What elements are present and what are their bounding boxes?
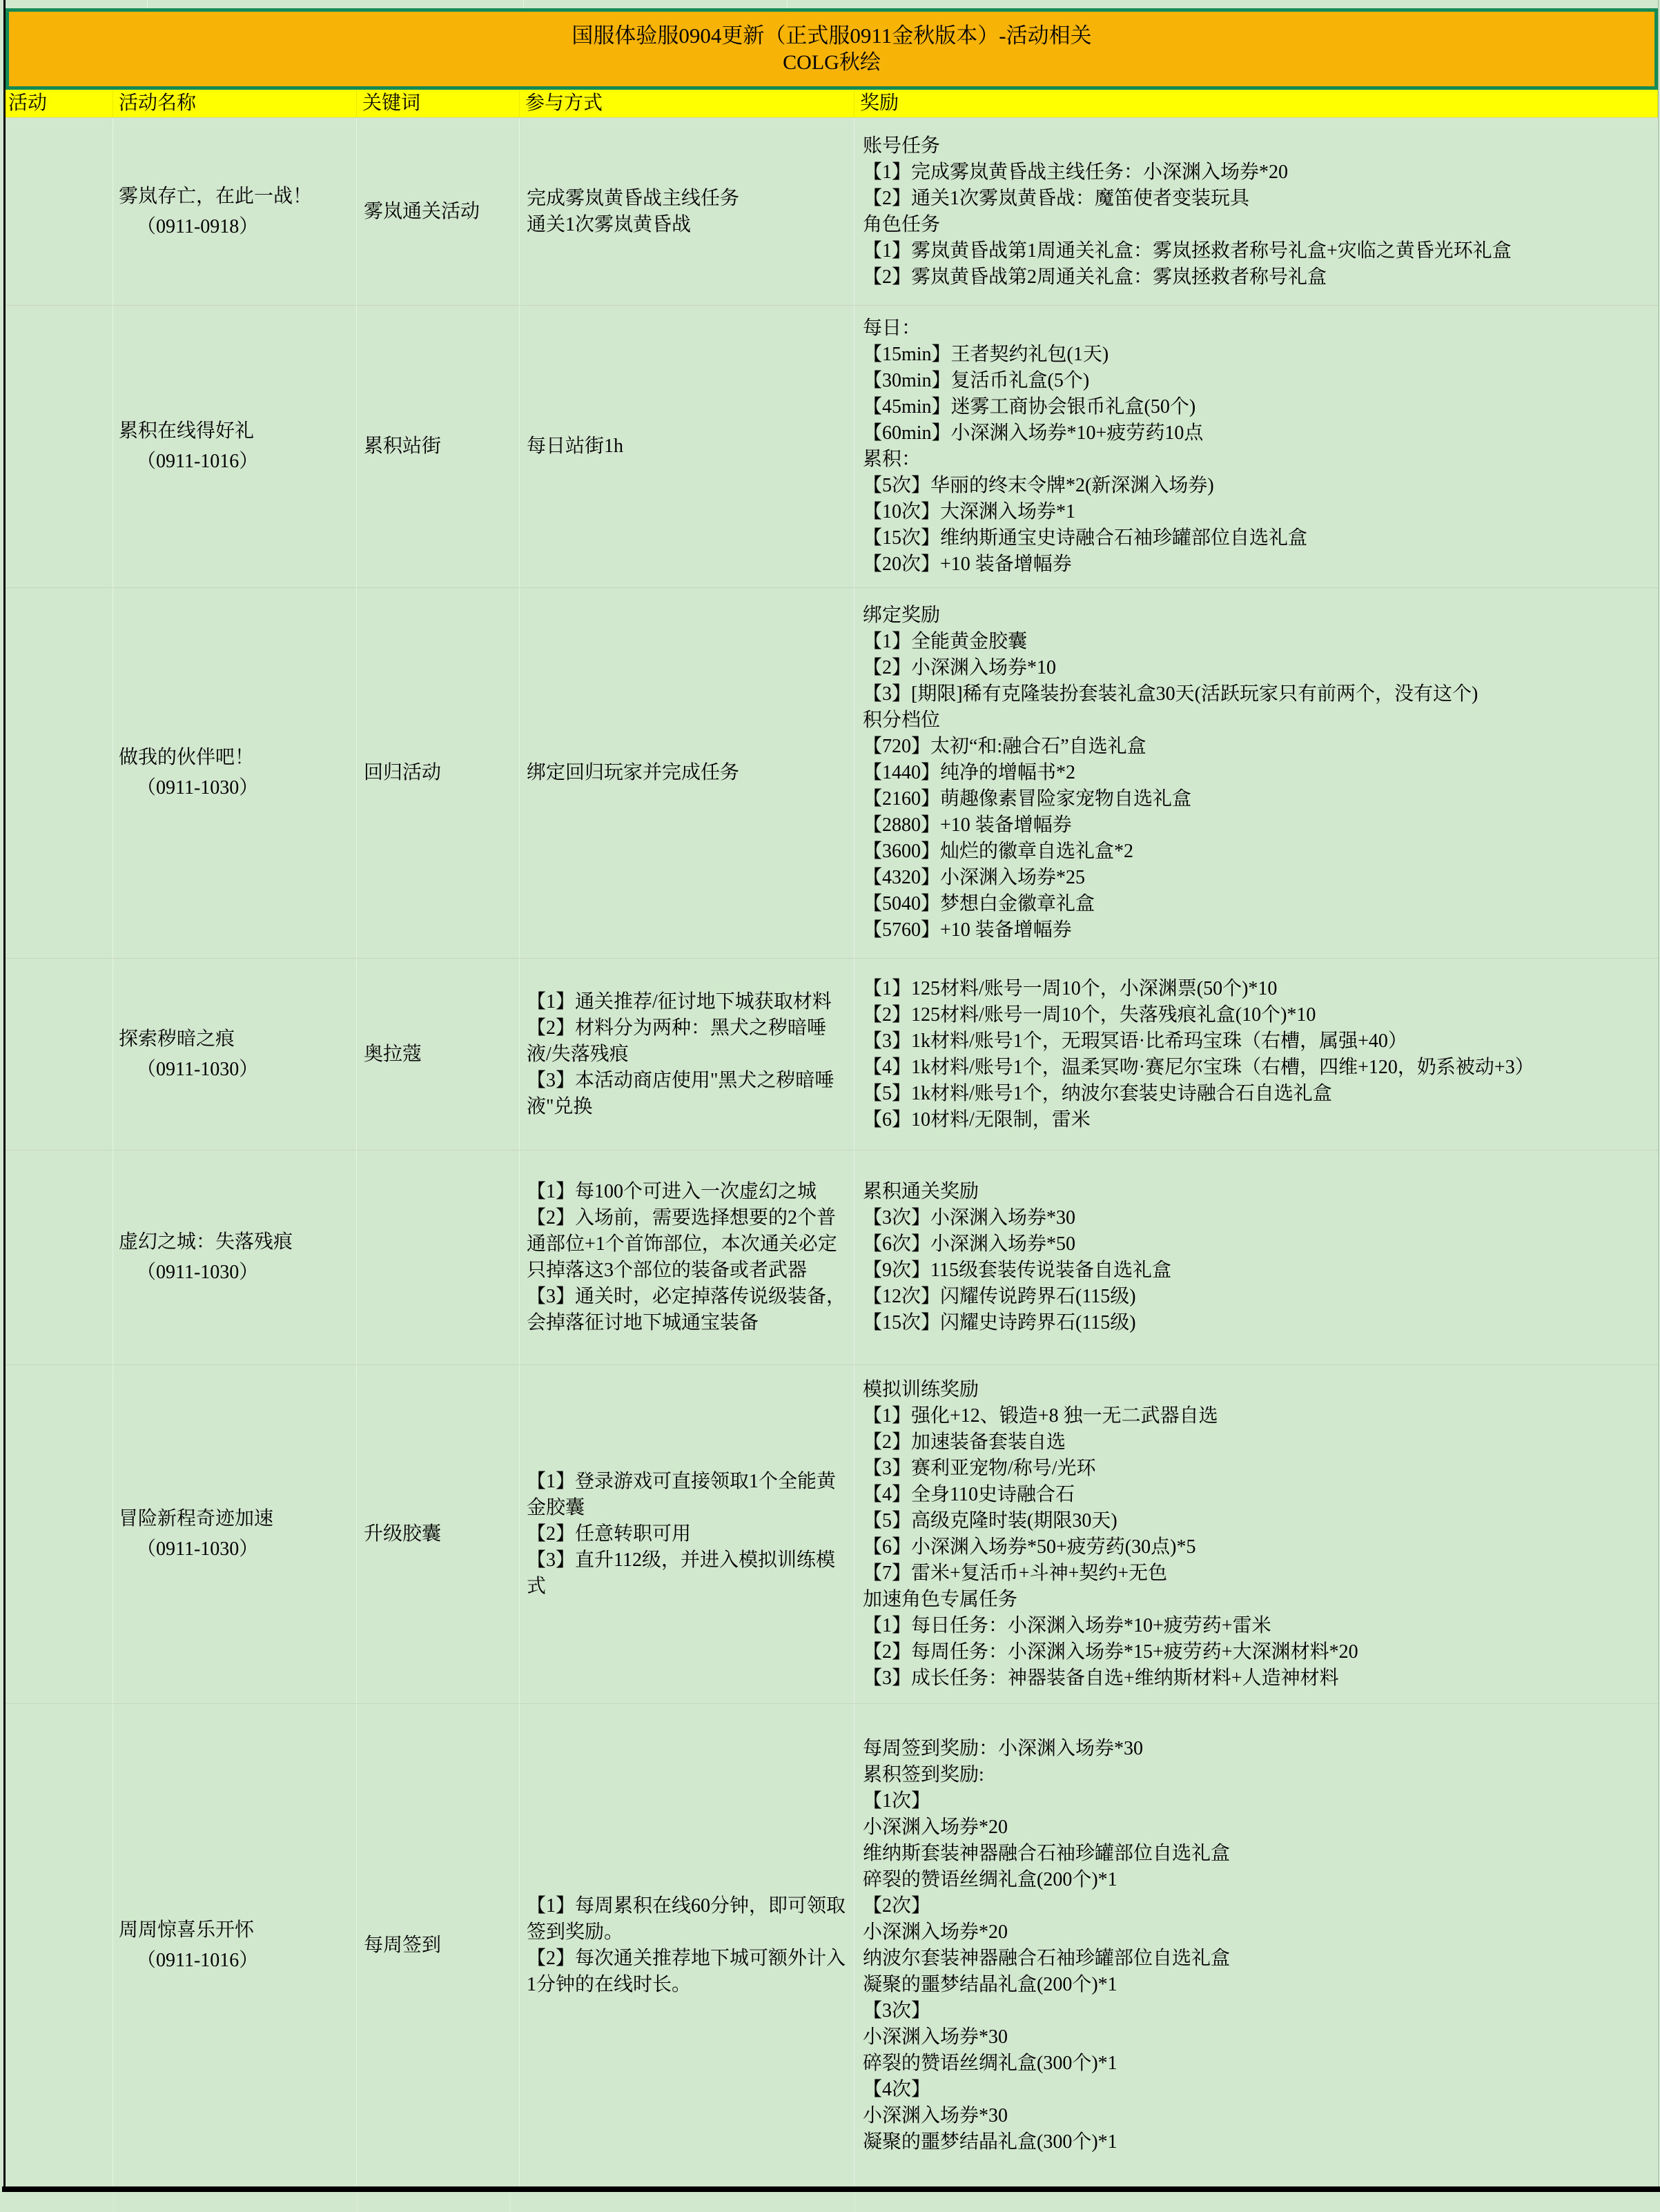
- reward-line: 累积签到奖励:: [863, 1762, 1650, 1788]
- reward-line: 【3】赛利亚宠物/称号/光环: [863, 1456, 1650, 1482]
- activity-name: 虚幻之城：失落残痕: [119, 1227, 356, 1257]
- banner-title: 国服体验服0904更新（正式服0911金秋版本）-活动相关: [572, 22, 1091, 50]
- keyword: 累积站街: [364, 433, 519, 460]
- reward-line: 【15次】维纳斯通宝史诗融合石袖珍罐部位自选礼盒: [863, 525, 1650, 551]
- participation-line: 【3】本活动商店使用"黑犬之秽暗唾液"兑换: [527, 1068, 848, 1120]
- table-row: 做我的伙伴吧！ （0911-1030） 回归活动 绑定回归玩家并完成任务 绑定奖…: [6, 587, 1658, 958]
- reward-line: 每周签到奖励：小深渊入场券*30: [863, 1736, 1650, 1762]
- reward-line: 【9次】115级套装传说装备自选礼盒: [863, 1257, 1650, 1284]
- column-divider: [113, 2192, 114, 2212]
- header-row: 活动 活动名称 关键词 参与方式 奖励: [6, 90, 1658, 117]
- participation-line: 【1】登录游戏可直接领取1个全能黄金胶囊: [527, 1469, 848, 1521]
- cell-participation: 【1】每周累积在线60分钟，即可领取签到奖励。【2】每次通关推荐地下城可额外计入…: [520, 1704, 855, 2186]
- participation-line: 【1】每100个可进入一次虚幻之城: [527, 1179, 848, 1205]
- activity-table: 国服体验服0904更新（正式服0911金秋版本）-活动相关 COLG秋绘 活动 …: [3, 0, 1659, 2212]
- cell-keyword: 升级胶囊: [357, 1365, 520, 1703]
- reward-line: 小深渊入场券*30: [863, 2103, 1650, 2129]
- reward-line: 积分档位: [863, 707, 1650, 734]
- reward-line: 小深渊入场券*30: [863, 2024, 1650, 2050]
- reward-line: 模拟训练奖励: [863, 1377, 1650, 1403]
- column-divider: [787, 0, 788, 8]
- reward-line: 账号任务: [863, 133, 1650, 159]
- reward-line: 【20次】+10 装备增幅券: [863, 551, 1650, 578]
- activity-date: （0911-1016）: [119, 447, 356, 477]
- reward-line: 【2】每周任务：小深渊入场券*15+疲劳药+大深渊材料*20: [863, 1639, 1650, 1665]
- reward-line: 【2】加速装备套装自选: [863, 1429, 1650, 1456]
- table-row: 雾岚存亡，在此一战！ （0911-0918） 雾岚通关活动 完成雾岚黄昏战主线任…: [6, 117, 1658, 305]
- reward-line: 【1】全能黄金胶囊: [863, 629, 1650, 655]
- activity-date: （0911-1030）: [119, 1055, 356, 1085]
- cell-rewards: 模拟训练奖励【1】强化+12、锻造+8 独一无二武器自选【2】加速装备套装自选【…: [855, 1365, 1658, 1703]
- activity-date: （0911-1030）: [119, 1257, 356, 1288]
- reward-line: 【3】1k材料/账号1个，无瑕冥语·比希玛宝珠（右槽，属强+40）: [863, 1028, 1650, 1055]
- activity-name: 累积在线得好礼: [119, 416, 356, 447]
- reward-line: 【15min】王者契约礼包(1天): [863, 342, 1650, 368]
- cell-activity: [6, 959, 113, 1150]
- reward-line: 纳波尔套装神器融合石袖珍罐部位自选礼盒: [863, 1946, 1650, 1972]
- activity-date: （0911-1016）: [119, 1946, 356, 1976]
- participation-line: 通关1次雾岚黄昏战: [527, 212, 848, 238]
- reward-line: 凝聚的噩梦结晶礼盒(300个)*1: [863, 2129, 1650, 2155]
- cell-participation: 【1】登录游戏可直接领取1个全能黄金胶囊【2】任意转职可用【3】直升112级，并…: [520, 1365, 855, 1703]
- reward-line: 【2】小深渊入场券*10: [863, 655, 1650, 681]
- cell-rewards: 每周签到奖励：小深渊入场券*30累积签到奖励:【1次】小深渊入场券*20维纳斯套…: [855, 1704, 1658, 2186]
- cell-rewards: 【1】125材料/账号一周10个，小深渊票(50个)*10【2】125材料/账号…: [855, 959, 1658, 1150]
- cell-activity-name: 冒险新程奇迹加速 （0911-1030）: [113, 1365, 357, 1703]
- activity-name: 做我的伙伴吧！: [119, 743, 356, 773]
- cell-participation: 完成雾岚黄昏战主线任务通关1次雾岚黄昏战: [520, 118, 855, 305]
- cell-keyword: [357, 1151, 520, 1364]
- reward-line: 【4次】: [863, 2077, 1650, 2103]
- reward-line: 绑定奖励: [863, 603, 1650, 629]
- column-divider: [357, 2192, 358, 2212]
- reward-line: 【3次】: [863, 1998, 1650, 2024]
- reward-line: 小深渊入场券*20: [863, 1814, 1650, 1841]
- cell-activity: [6, 306, 113, 587]
- reward-line: 【1】完成雾岚黄昏战主线任务：小深渊入场券*20: [863, 159, 1650, 186]
- keyword: 回归活动: [364, 760, 519, 786]
- cell-keyword: 奥拉蔻: [357, 959, 520, 1150]
- header-rewards: 奖励: [855, 90, 1658, 117]
- activity-date: （0911-0918）: [119, 212, 356, 242]
- cell-participation: 【1】每100个可进入一次虚幻之城【2】入场前，需要选择想要的2个普通部位+1个…: [520, 1151, 855, 1364]
- cell-activity: [6, 1704, 113, 2186]
- participation-line: 【2】材料分为两种：黑犬之秽暗唾液/失落残痕: [527, 1015, 848, 1068]
- reward-line: 【30min】复活币礼盒(5个): [863, 368, 1650, 394]
- reward-line: 【2】125材料/账号一周10个，失落残痕礼盒(10个)*10: [863, 1002, 1650, 1028]
- reward-line: 【10次】大深渊入场券*1: [863, 499, 1650, 525]
- reward-line: 【3】成长任务：神器装备自选+维纳斯材料+人造神材料: [863, 1665, 1650, 1692]
- reward-line: 凝聚的噩梦结晶礼盒(200个)*1: [863, 1972, 1650, 1998]
- reward-line: 【6】10材料/无限制，雷米: [863, 1107, 1650, 1133]
- keyword: 奥拉蔻: [364, 1041, 519, 1068]
- reward-line: 【4】1k材料/账号1个，温柔冥吻·赛尼尔宝珠（右槽，四维+120，奶系被动+3…: [863, 1055, 1650, 1081]
- activity-date: （0911-1030）: [119, 773, 356, 803]
- cell-activity: [6, 118, 113, 305]
- participation-line: 完成雾岚黄昏战主线任务: [527, 186, 848, 212]
- cell-activity-name: 做我的伙伴吧！ （0911-1030）: [113, 588, 357, 958]
- reward-line: 【5760】+10 装备增幅券: [863, 917, 1650, 943]
- table-row: 冒险新程奇迹加速 （0911-1030） 升级胶囊 【1】登录游戏可直接领取1个…: [6, 1364, 1658, 1703]
- reward-line: 【2】通关1次雾岚黄昏战：魔笛使者变装玩具: [863, 186, 1650, 212]
- activity-name: 周周惊喜乐开怀: [119, 1915, 356, 1946]
- participation-line: 绑定回归玩家并完成任务: [527, 760, 848, 786]
- column-divider: [147, 0, 148, 8]
- header-keyword: 关键词: [357, 90, 520, 117]
- reward-line: 【2次】: [863, 1893, 1650, 1919]
- cell-activity-name: 周周惊喜乐开怀 （0911-1016）: [113, 1704, 357, 2186]
- column-divider: [510, 2192, 511, 2212]
- banner-subtitle: COLG秋绘: [783, 50, 881, 76]
- header-activity-name: 活动名称: [113, 90, 357, 117]
- cell-activity-name: 雾岚存亡，在此一战！ （0911-0918）: [113, 118, 357, 305]
- column-divider: [855, 2192, 855, 2212]
- reward-line: 累积：: [863, 447, 1650, 473]
- reward-line: 【6次】小深渊入场券*50: [863, 1231, 1650, 1257]
- reward-line: 【4】全身110史诗融合石: [863, 1482, 1650, 1508]
- participation-line: 每日站街1h: [527, 433, 848, 460]
- reward-line: 【1440】纯净的增幅书*2: [863, 760, 1650, 786]
- reward-line: 加速角色专属任务: [863, 1587, 1650, 1613]
- cell-participation: 绑定回归玩家并完成任务: [520, 588, 855, 958]
- bottom-partial-row: [2, 2192, 1660, 2212]
- reward-line: 【2】雾岚黄昏战第2周通关礼盒：雾岚拯救者称号礼盒: [863, 264, 1650, 291]
- reward-line: 【60min】小深渊入场券*10+疲劳药10点: [863, 420, 1650, 447]
- activity-date: （0911-1030）: [119, 1534, 356, 1565]
- reward-line: 碎裂的赞语丝绸礼盒(200个)*1: [863, 1867, 1650, 1893]
- reward-line: 小深渊入场券*20: [863, 1919, 1650, 1946]
- reward-line: 角色任务: [863, 212, 1650, 238]
- cell-participation: 【1】通关推荐/征讨地下城获取材料【2】材料分为两种：黑犬之秽暗唾液/失落残痕【…: [520, 959, 855, 1150]
- reward-line: 【3次】小深渊入场券*30: [863, 1205, 1650, 1231]
- reward-line: 【7】雷米+复活币+斗神+契约+无色: [863, 1560, 1650, 1587]
- activity-name: 探索秽暗之痕: [119, 1024, 356, 1055]
- top-partial-row: [6, 0, 1658, 8]
- reward-line: 【5】1k材料/账号1个，纳波尔套装史诗融合石自选礼盒: [863, 1081, 1650, 1107]
- cell-activity-name: 探索秽暗之痕 （0911-1030）: [113, 959, 357, 1150]
- keyword: 雾岚通关活动: [364, 199, 519, 225]
- cell-activity-name: 累积在线得好礼 （0911-1016）: [113, 306, 357, 587]
- reward-line: 【45min】迷雾工商协会银币礼盒(50个): [863, 394, 1650, 420]
- cell-rewards: 每日：【15min】王者契约礼包(1天)【30min】复活币礼盒(5个)【45m…: [855, 306, 1658, 587]
- reward-line: 【15次】闪耀史诗跨界石(115级): [863, 1310, 1650, 1336]
- cell-activity-name: 虚幻之城：失落残痕 （0911-1030）: [113, 1151, 357, 1364]
- title-banner: 国服体验服0904更新（正式服0911金秋版本）-活动相关 COLG秋绘: [6, 8, 1658, 90]
- cell-keyword: 每周签到: [357, 1704, 520, 2186]
- reward-line: 每日：: [863, 315, 1650, 342]
- reward-line: 【5次】华丽的终末令牌*2(新深渊入场券): [863, 473, 1650, 499]
- keyword: 升级胶囊: [364, 1521, 519, 1547]
- activity-name: 雾岚存亡，在此一战！: [119, 182, 356, 212]
- bottom-thick-border: [2, 2186, 1660, 2192]
- participation-line: 【2】任意转职可用: [527, 1521, 848, 1547]
- reward-line: 【12次】闪耀传说跨界石(115级): [863, 1284, 1650, 1310]
- cell-keyword: 累积站街: [357, 306, 520, 587]
- reward-line: 【5040】梦想白金徽章礼盒: [863, 891, 1650, 917]
- cell-participation: 每日站街1h: [520, 306, 855, 587]
- cell-rewards: 账号任务【1】完成雾岚黄昏战主线任务：小深渊入场券*20【2】通关1次雾岚黄昏战…: [855, 118, 1658, 305]
- cell-activity: [6, 588, 113, 958]
- reward-line: 碎裂的赞语丝绸礼盒(300个)*1: [863, 2050, 1650, 2077]
- reward-line: 累积通关奖励: [863, 1179, 1650, 1205]
- cell-rewards: 绑定奖励【1】全能黄金胶囊【2】小深渊入场券*10【3】[期限]稀有克隆装扮套装…: [855, 588, 1658, 958]
- cell-rewards: 累积通关奖励【3次】小深渊入场券*30【6次】小深渊入场券*50【9次】115级…: [855, 1151, 1658, 1364]
- reward-line: 【4320】小深渊入场券*25: [863, 865, 1650, 891]
- table-row: 探索秽暗之痕 （0911-1030） 奥拉蔻 【1】通关推荐/征讨地下城获取材料…: [6, 958, 1658, 1150]
- keyword: 每周签到: [364, 1932, 519, 1959]
- participation-line: 【1】每周累积在线60分钟，即可领取签到奖励。: [527, 1893, 848, 1946]
- cell-activity: [6, 1365, 113, 1703]
- cell-activity: [6, 1151, 113, 1364]
- participation-line: 【2】入场前，需要选择想要的2个普通部位+1个首饰部位，本次通关必定只掉落这3个…: [527, 1205, 848, 1284]
- column-divider: [523, 0, 524, 8]
- reward-line: 维纳斯套装神器融合石袖珍罐部位自选礼盒: [863, 1841, 1650, 1867]
- table-row: 虚幻之城：失落残痕 （0911-1030） 【1】每100个可进入一次虚幻之城【…: [6, 1150, 1658, 1364]
- reward-line: 【1次】: [863, 1788, 1650, 1814]
- reward-line: 【1】强化+12、锻造+8 独一无二武器自选: [863, 1403, 1650, 1429]
- reward-line: 【6】小深渊入场券*50+疲劳药(30点)*5: [863, 1534, 1650, 1560]
- header-participation: 参与方式: [520, 90, 855, 117]
- reward-line: 【3】[期限]稀有克隆装扮套装礼盒30天(活跃玩家只有前两个，没有这个): [863, 681, 1650, 707]
- reward-line: 【1】每日任务：小深渊入场券*10+疲劳药+雷米: [863, 1613, 1650, 1639]
- table-body: 雾岚存亡，在此一战！ （0911-0918） 雾岚通关活动 完成雾岚黄昏战主线任…: [6, 117, 1658, 2186]
- header-activity: 活动: [6, 90, 113, 117]
- table-row: 周周惊喜乐开怀 （0911-1016） 每周签到 【1】每周累积在线60分钟，即…: [6, 1703, 1658, 2186]
- cell-keyword: 回归活动: [357, 588, 520, 958]
- reward-line: 【2880】+10 装备增幅券: [863, 812, 1650, 839]
- reward-line: 【1】125材料/账号一周10个，小深渊票(50个)*10: [863, 976, 1650, 1002]
- participation-line: 【3】通关时，必定掉落传说级装备，会掉落征讨地下城通宝装备: [527, 1284, 848, 1336]
- reward-line: 【2160】萌趣像素冒险家宠物自选礼盒: [863, 786, 1650, 812]
- reward-line: 【1】雾岚黄昏战第1周通关礼盒：雾岚拯救者称号礼盒+灾临之黄昏光环礼盒: [863, 238, 1650, 264]
- participation-line: 【2】每次通关推荐地下城可额外计入1分钟的在线时长。: [527, 1946, 848, 1998]
- reward-line: 【5】高级克隆时装(期限30天): [863, 1508, 1650, 1534]
- table-row: 累积在线得好礼 （0911-1016） 累积站街 每日站街1h 每日：【15mi…: [6, 305, 1658, 587]
- participation-line: 【3】直升112级，并进入模拟训练模式: [527, 1547, 848, 1600]
- reward-line: 【3600】灿烂的徽章自选礼盒*2: [863, 839, 1650, 865]
- cell-keyword: 雾岚通关活动: [357, 118, 520, 305]
- participation-line: 【1】通关推荐/征讨地下城获取材料: [527, 989, 848, 1015]
- activity-name: 冒险新程奇迹加速: [119, 1504, 356, 1534]
- reward-line: 【720】太初“和:融合石”自选礼盒: [863, 734, 1650, 760]
